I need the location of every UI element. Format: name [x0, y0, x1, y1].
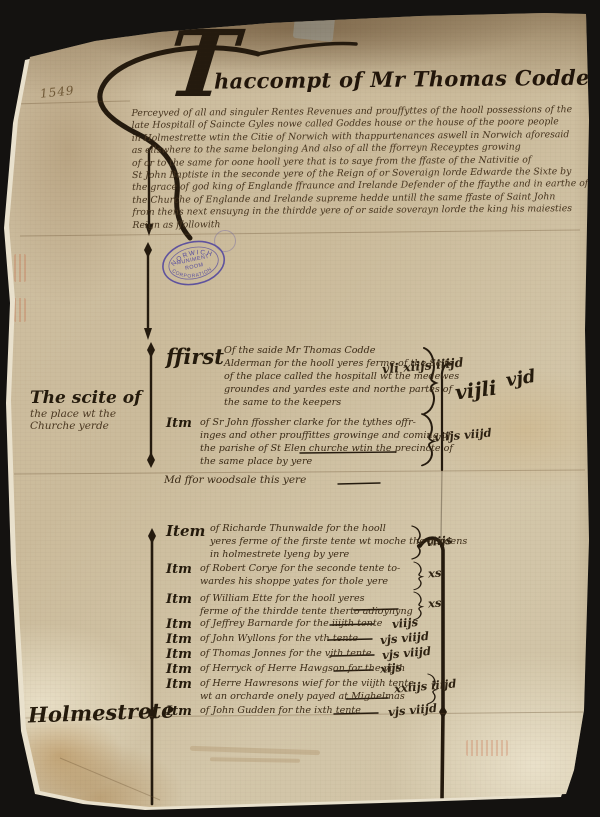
tape-repair-patch	[293, 12, 335, 42]
entry-amount: viijs	[391, 615, 418, 631]
faint-stamp-ring	[214, 230, 236, 252]
entry-label: Itm	[166, 617, 192, 632]
rent-item-1: Item of Richarde Thunwalde for the hooll…	[166, 522, 467, 561]
entry-line: of John Gudden for the ixth tente	[200, 704, 361, 717]
photo-background: 1549 T haccompt of Mr Thomas Codde alder…	[0, 0, 600, 817]
initial-letter-crossbar	[258, 43, 356, 54]
margin-note-line: Churche yerde	[30, 420, 141, 432]
document-title: haccompt of Mr Thomas Codde alderman	[214, 63, 600, 93]
section-total-pounds: vijli	[454, 376, 498, 405]
margin-note-line: the place wt the	[30, 408, 141, 420]
entry-amount: xijs	[379, 660, 402, 676]
manuscript-page: 1549 T haccompt of Mr Thomas Codde alder…	[0, 0, 600, 817]
rent-item-8: Itm of Herre Hawresons wief for the viij…	[166, 677, 414, 703]
entry-label: Itm	[166, 562, 192, 577]
rent-item-2: Itm of Robert Corye for the seconde tent…	[166, 562, 400, 588]
entry-line: of Jeffrey Barnarde for the iiijth tente	[200, 617, 382, 630]
brace-item2	[414, 562, 422, 590]
entry-amount: viijs	[425, 533, 452, 549]
rent-item-9: Itm of John Gudden for the ixth tente	[166, 704, 361, 717]
entry-line: of Robert Corye for the seconde tente to…	[200, 562, 400, 575]
rent-item-5: Itm of John Wyllons for the vth tente	[166, 632, 358, 645]
entry-line: of Herre Hawresons wief for the viijth t…	[200, 677, 414, 690]
intro-paragraph: Perceyved of all and singuler Rentes Rev…	[131, 104, 584, 232]
margin-note-holmestrete: Holmestrete	[28, 697, 175, 727]
entry-label: Itm	[166, 592, 192, 607]
entry-line: the parishe of St Elen churche wtin the …	[200, 442, 453, 455]
entry-line: of Thomas Jonnes for the vjth tente	[200, 647, 372, 660]
entry-label: Itm	[166, 677, 192, 692]
entry-label: Item	[166, 522, 205, 540]
margin-note-line: The scite of	[30, 388, 141, 408]
entry-line: of Sr John ffossher clarke for the tythe…	[200, 416, 453, 429]
entry-line: Of the saide Mr Thomas Codde	[224, 344, 459, 357]
entry-label: Itm	[166, 704, 192, 719]
entry-line: wardes his shoppe yates for thole yere	[200, 575, 400, 588]
rent-item-7: Itm of Herryck of Herre Hawgson for the …	[166, 662, 405, 675]
woodsale-memo: Md ffor woodsale this yere	[164, 474, 306, 486]
entry-line: the same to the keepers	[224, 396, 459, 409]
rent-item-3: Itm of William Ette for the hooll yeres …	[166, 592, 413, 618]
entry-line: of Herryck of Herre Hawgson for the vijt…	[200, 662, 405, 675]
entry-label: ffirst	[166, 344, 224, 369]
entry-line: of William Ette for the hooll yeres	[200, 592, 413, 605]
entry-label: Itm	[166, 416, 192, 431]
faint-archival-mark	[466, 740, 508, 756]
entry-line: inges and other prouffittes growinge and…	[200, 429, 453, 442]
margin-note-scite: The scite of the place wt the Churche ye…	[30, 388, 141, 432]
entry-line: in holmestrete lyeng by yere	[210, 548, 467, 561]
entry-amount: xs	[427, 595, 442, 610]
entry-line: of Richarde Thunwalde for the hooll	[210, 522, 467, 535]
entry-line: the same place by yere	[200, 455, 453, 468]
entry-label: Itm	[166, 662, 192, 677]
entry-label: Itm	[166, 632, 192, 647]
entry-line: groundes and yardes este and northe part…	[224, 383, 459, 396]
faint-archival-mark	[14, 254, 26, 282]
faint-archival-mark	[14, 298, 26, 322]
rent-item-4: Itm of Jeffrey Barnarde for the iiijth t…	[166, 617, 382, 630]
entry-amount: xs	[427, 565, 442, 580]
entry-label: Itm	[166, 647, 192, 662]
account-entry-first: ffirst Of the saide Mr Thomas Codde Alde…	[166, 344, 459, 409]
entry-line: wt an orcharde onely payed at Mighelmas	[200, 690, 414, 703]
rent-item-6: Itm of Thomas Jonnes for the vjth tente	[166, 647, 372, 660]
account-entry-item-fossher: Itm of Sr John ffossher clarke for the t…	[166, 416, 453, 468]
entry-line: of John Wyllons for the vth tente	[200, 632, 358, 645]
